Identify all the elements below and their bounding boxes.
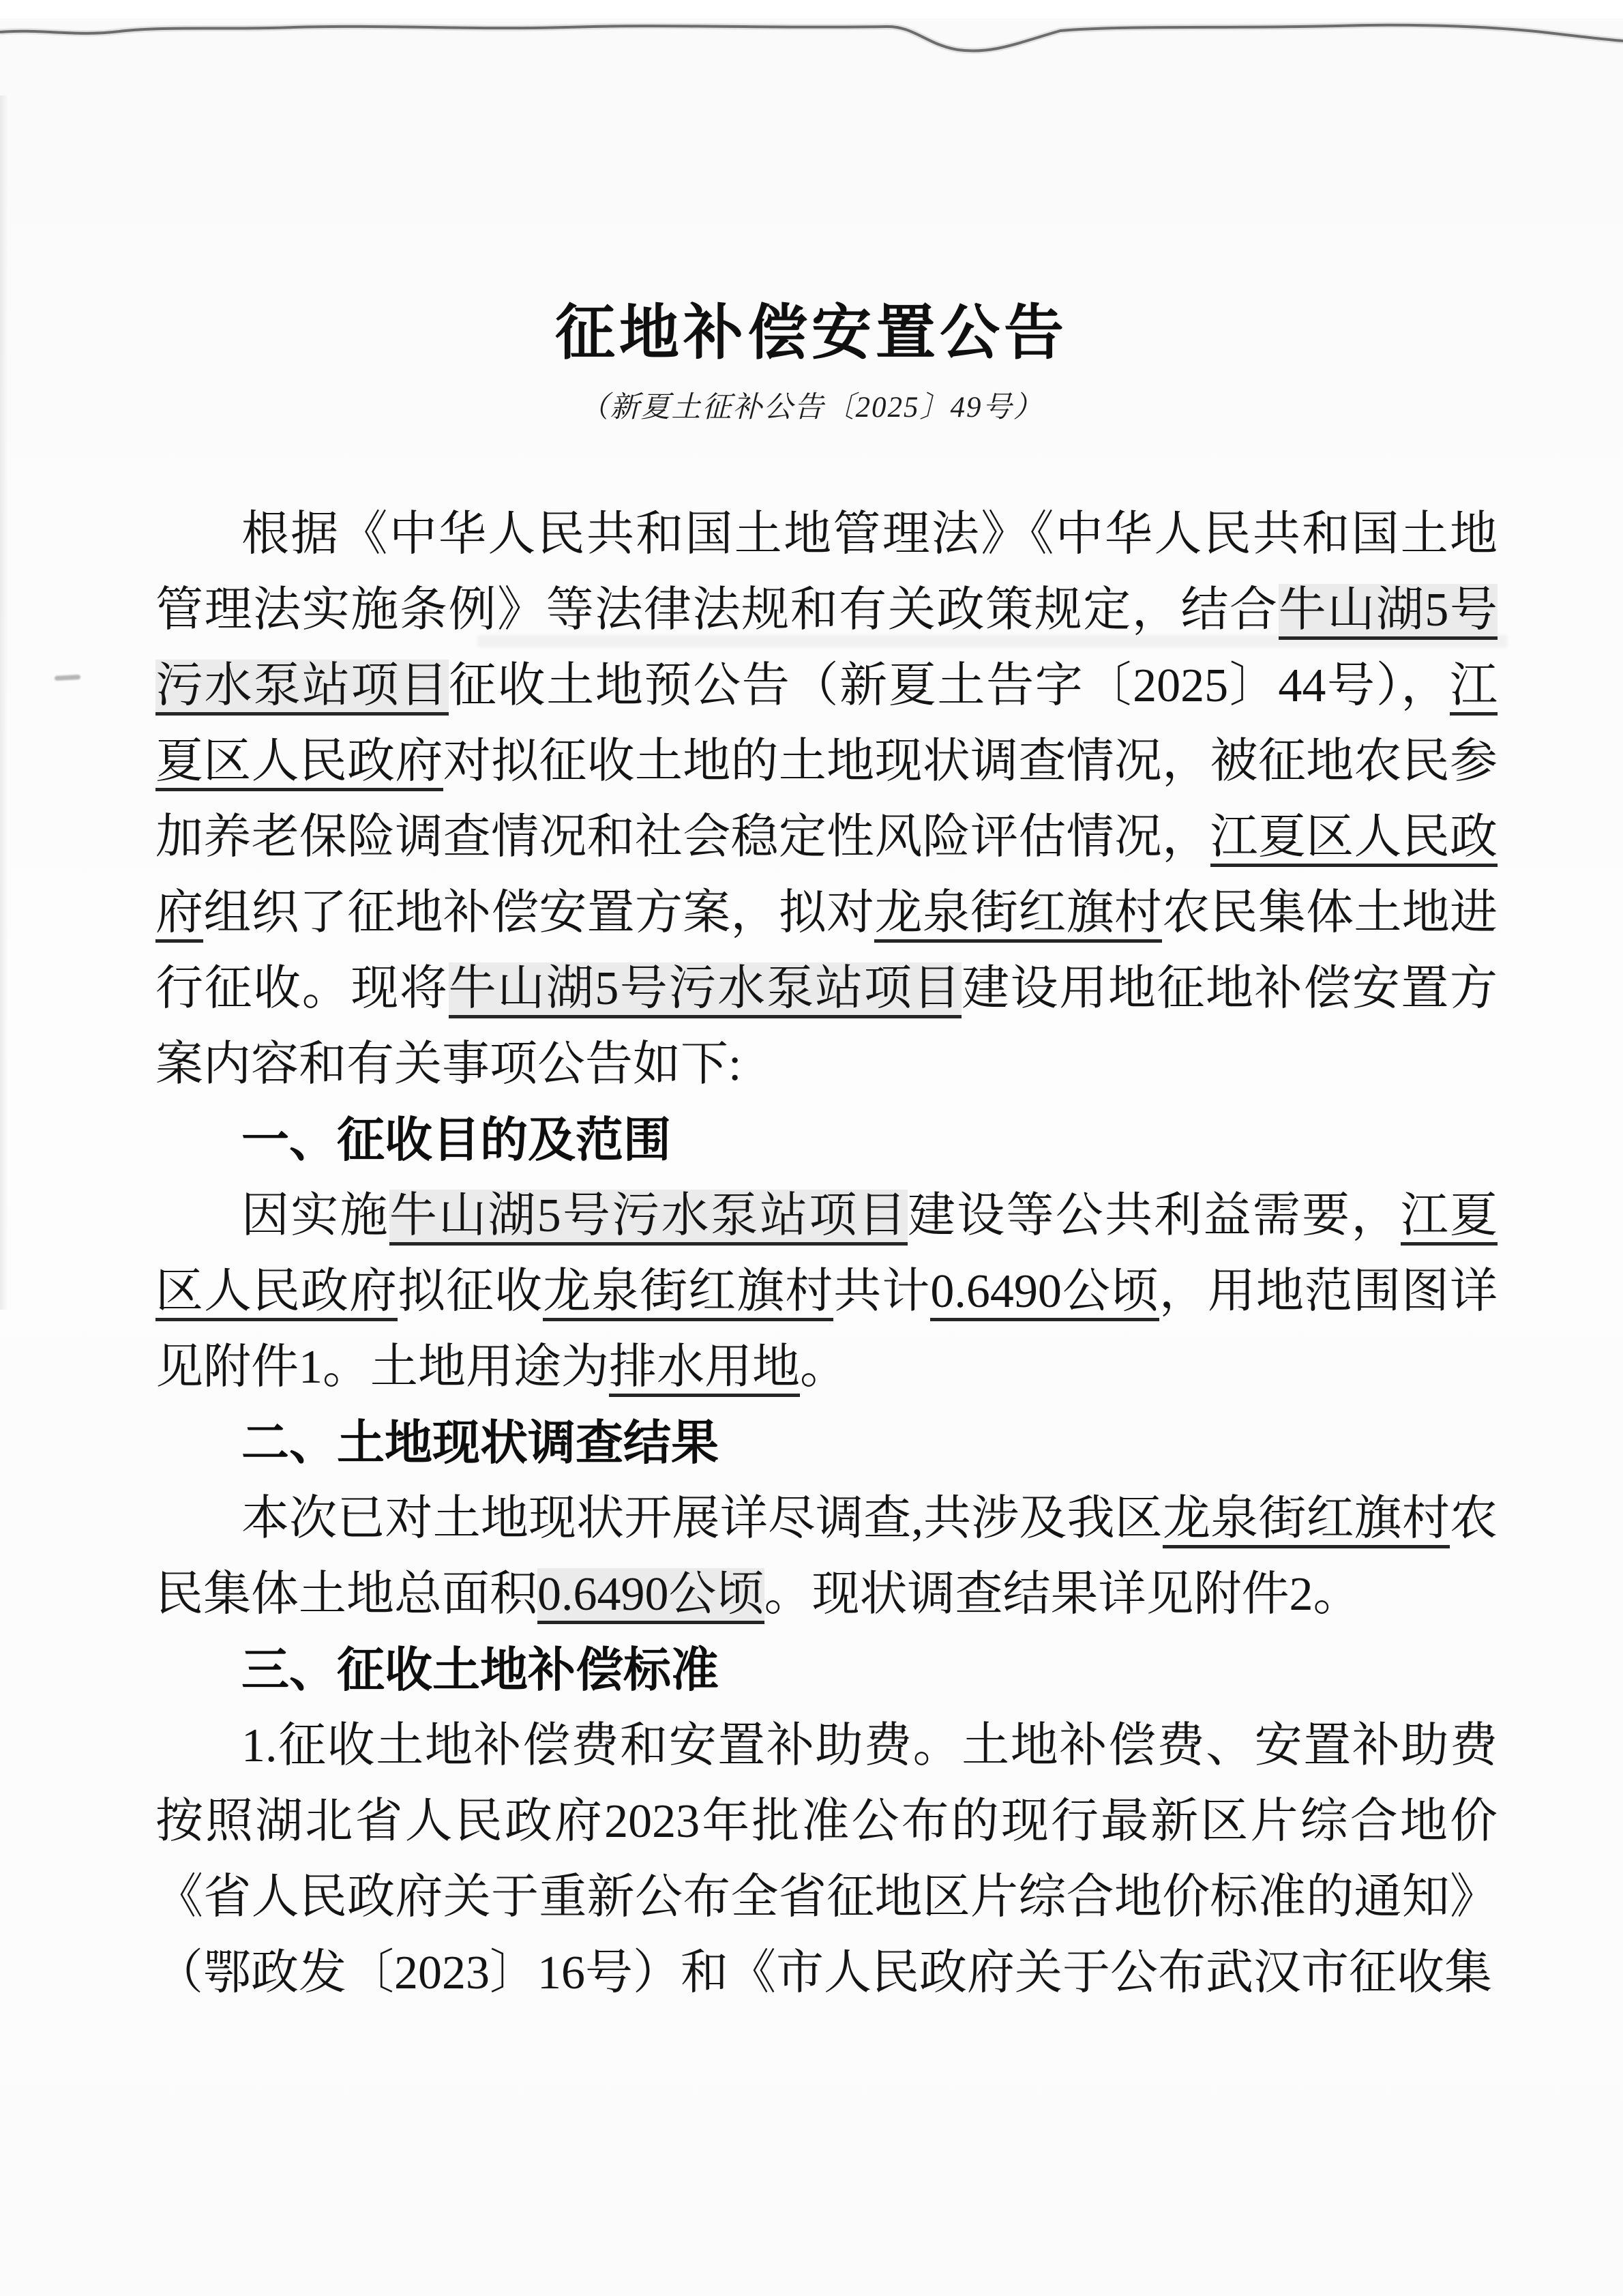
text-segment: 1.征收土地补偿费和安置补助费。土地补偿费、安置补助费按照湖北省人民政府2023… xyxy=(155,1720,1498,1999)
text-segment: 拟征收 xyxy=(398,1265,543,1318)
section-heading: 三、征收土地补偿标准 xyxy=(155,1632,1498,1708)
paragraph: 1.征收土地补偿费和安置补助费。土地补偿费、安置补助费按照湖北省人民政府2023… xyxy=(155,1708,1498,2011)
text-segment: 。 xyxy=(800,1341,848,1394)
text-segment: 因实施 xyxy=(241,1190,389,1242)
underlined-text: 0.6490公顷 xyxy=(537,1568,764,1624)
document-number: （新夏土征补公告〔2025〕49号） xyxy=(0,389,1623,427)
text-segment: 征收土地预公告（新夏土告字〔2025〕44号）， xyxy=(449,660,1450,712)
scan-left-streak xyxy=(0,95,8,1310)
underlined-text: 排水用地 xyxy=(609,1341,800,1397)
document-title: 征地补偿安置公告 xyxy=(0,297,1623,371)
underlined-text: 龙泉街红旗村 xyxy=(1163,1492,1450,1548)
text-segment: 组织了征地补偿安置方案，拟对 xyxy=(203,887,874,939)
scan-edge-artifact xyxy=(0,0,1623,89)
text-segment: 共计 xyxy=(833,1265,930,1318)
underlined-text: 龙泉街红旗村 xyxy=(543,1265,833,1321)
text-segment: 三、征收土地补偿标准 xyxy=(241,1643,719,1696)
text-segment: 建设等公共利益需要， xyxy=(908,1190,1401,1242)
text-segment: 。现状调查结果详见附件2。 xyxy=(764,1568,1361,1621)
underlined-text: 龙泉街红旗村 xyxy=(874,887,1162,943)
text-segment: 一、征收目的及范围 xyxy=(241,1113,671,1166)
document-body: 根据《中华人民共和国土地管理法》《中华人民共和国土地管理法实施条例》等法律法规和… xyxy=(155,497,1498,2011)
underlined-text: 牛山湖5号污水泵站项目 xyxy=(449,962,962,1018)
paragraph: 根据《中华人民共和国土地管理法》《中华人民共和国土地管理法实施条例》等法律法规和… xyxy=(155,497,1498,1102)
underlined-text: 0.6490公顷 xyxy=(930,1265,1159,1321)
scanned-page: 征地补偿安置公告 （新夏土征补公告〔2025〕49号） 根据《中华人民共和国土地… xyxy=(0,0,1623,2296)
section-heading: 一、征收目的及范围 xyxy=(155,1102,1498,1178)
text-segment: 二、土地现状调查结果 xyxy=(241,1416,719,1469)
paragraph: 本次已对土地现状开展详尽调查,共涉及我区龙泉街红旗村农民集体土地总面积0.649… xyxy=(155,1481,1498,1632)
section-heading: 二、土地现状调查结果 xyxy=(155,1405,1498,1481)
underlined-text: 牛山湖5号污水泵站项目 xyxy=(389,1190,908,1246)
paragraph: 因实施牛山湖5号污水泵站项目建设等公共利益需要，江夏区人民政府拟征收龙泉街红旗村… xyxy=(155,1178,1498,1405)
scan-smudge xyxy=(55,675,80,681)
text-segment: 本次已对土地现状开展详尽调查,共涉及我区 xyxy=(241,1492,1163,1545)
